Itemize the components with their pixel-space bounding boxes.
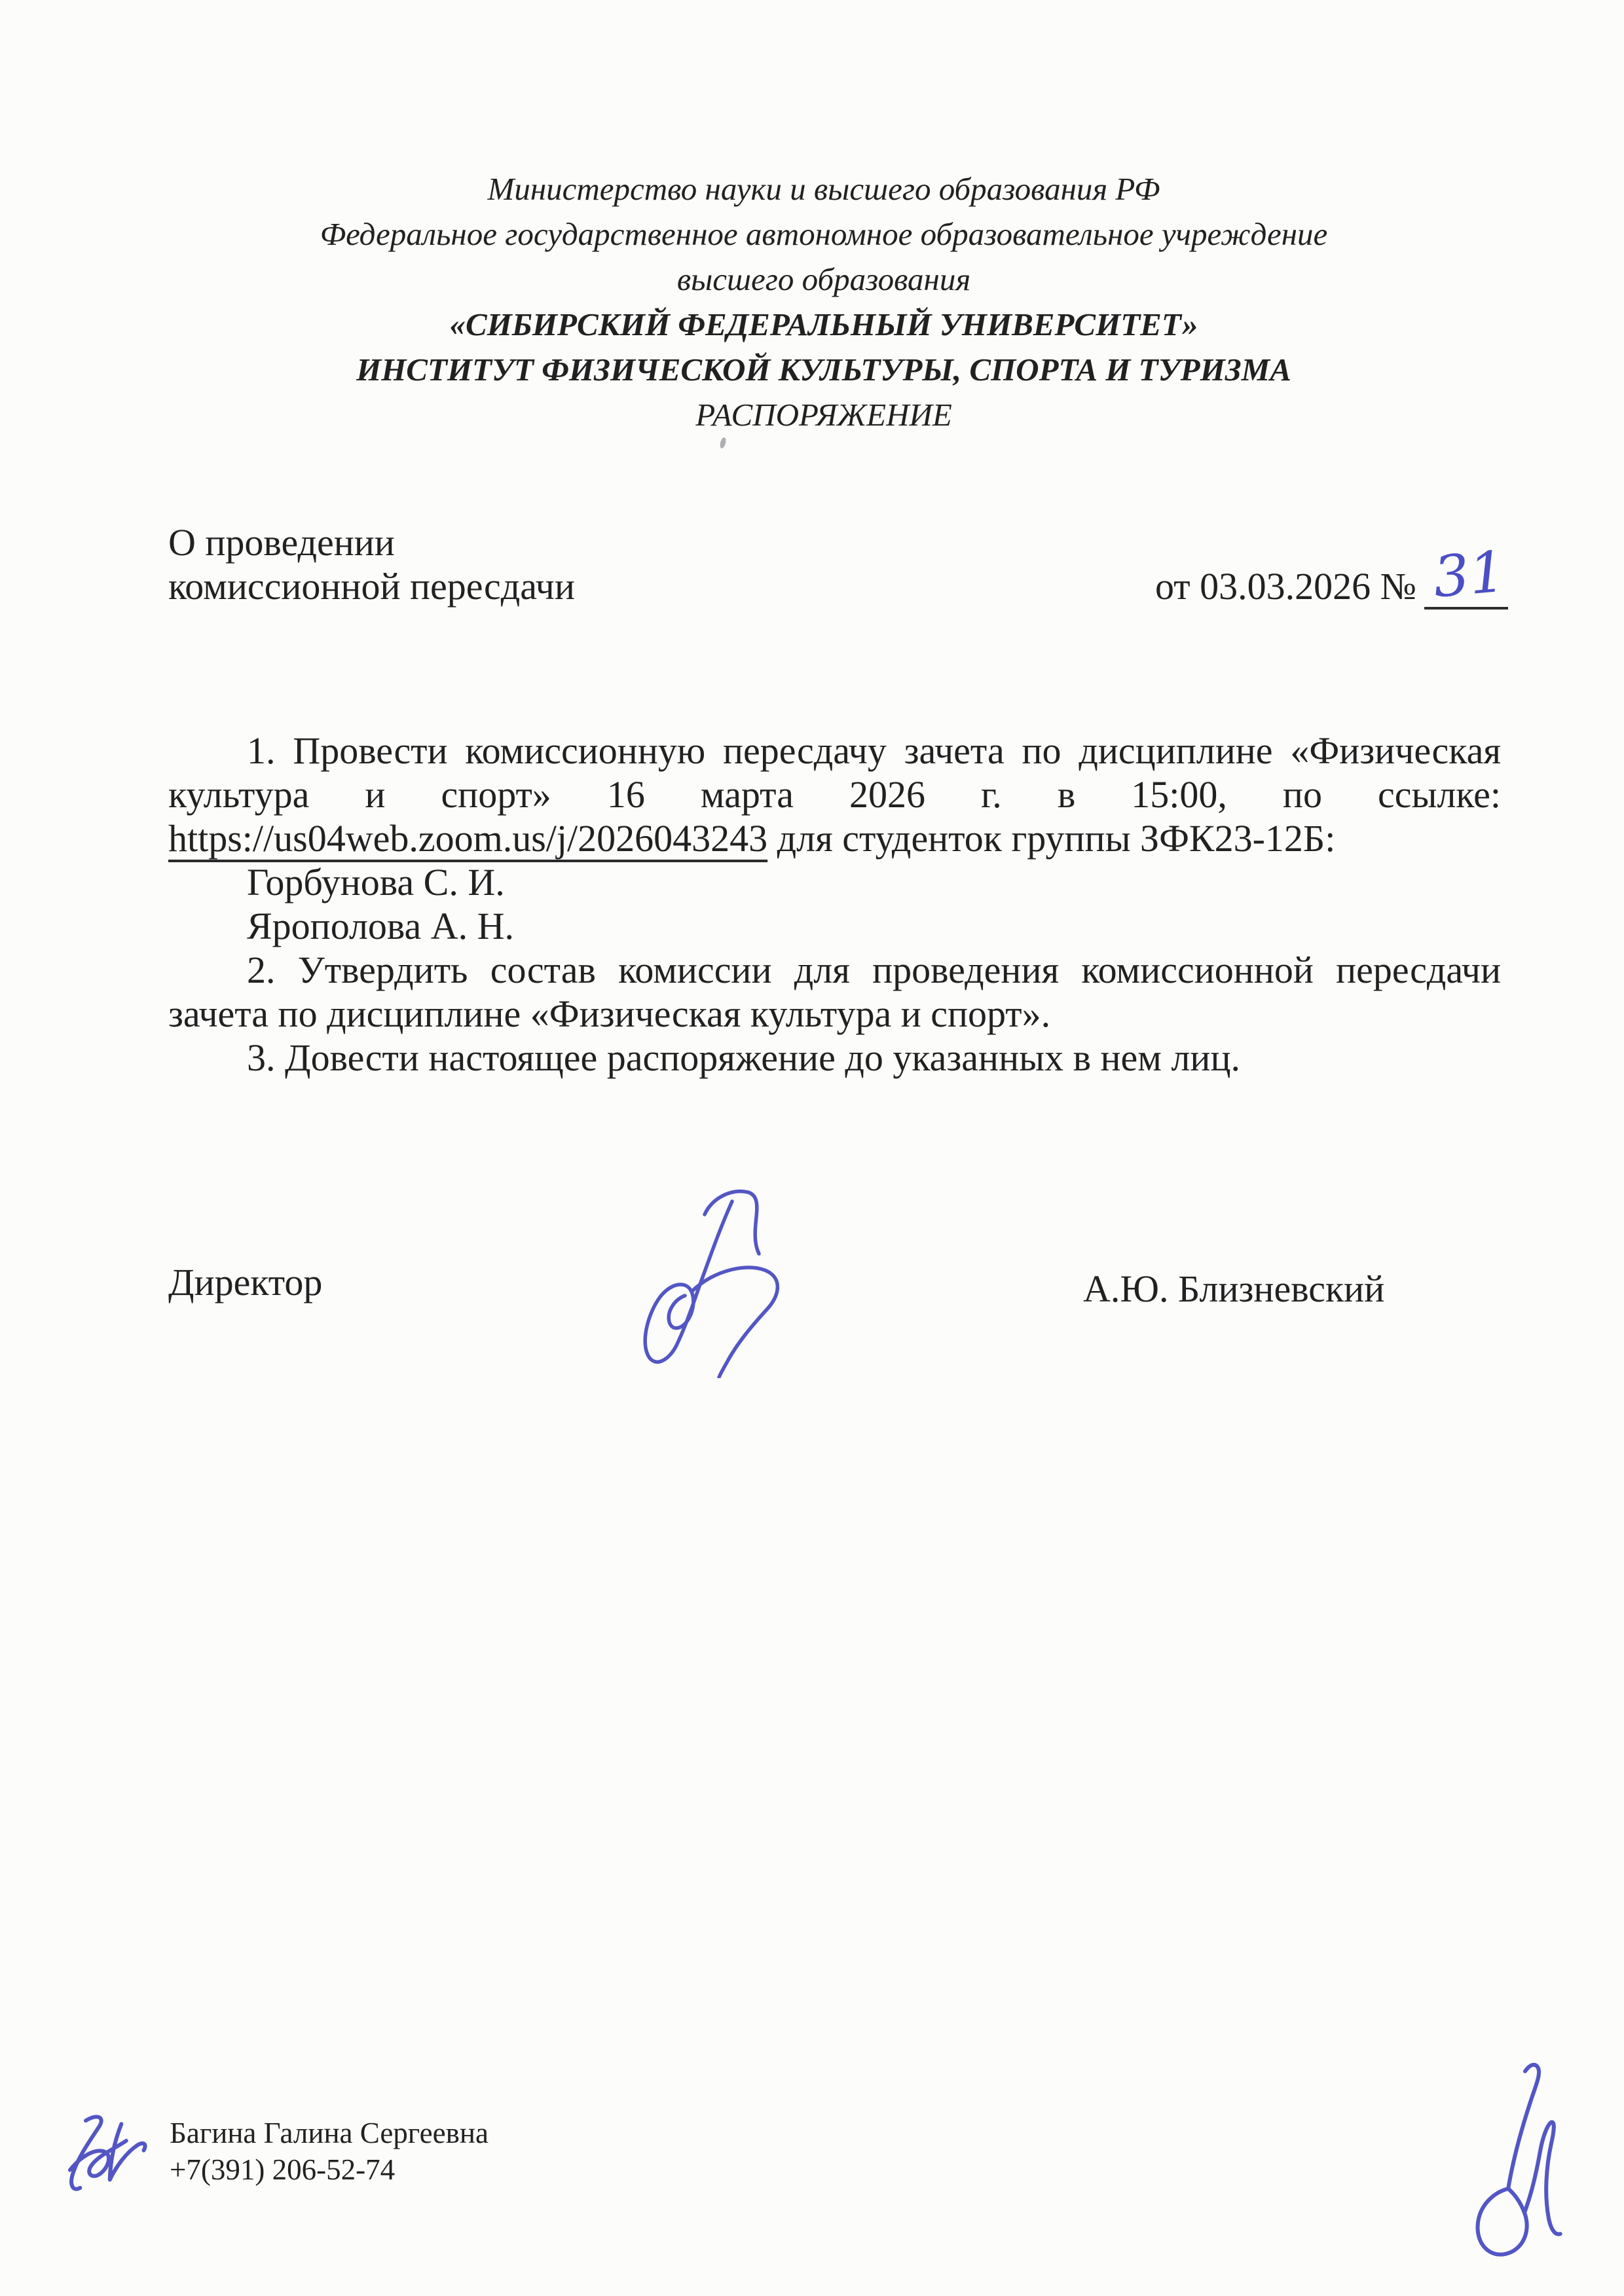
reference-line: от 03.03.2026 №31 xyxy=(1155,564,1508,608)
university-name: «СИБИРСКИЙ ФЕДЕРАЛЬНЫЙ УНИВЕРСИТЕТ» xyxy=(24,302,1624,347)
document-type-title: РАСПОРЯЖЕНИЕ xyxy=(24,392,1624,437)
scanned-directive-document: Министерство науки и высшего образования… xyxy=(0,0,1624,2296)
institution-line: Федеральное государственное автономное о… xyxy=(24,211,1624,257)
education-level-line: высшего образования xyxy=(24,257,1624,302)
body-text: 1. Провести комиссионную пересдачу зачет… xyxy=(168,729,1501,1080)
subject-line-2: комиссионной пересдачи xyxy=(168,564,575,608)
institute-name: ИНСТИТУТ ФИЗИЧЕСКОЙ КУЛЬТУРЫ, СПОРТА И Т… xyxy=(24,347,1624,392)
item2-line2: зачета по дисциплине «Физическая культур… xyxy=(168,992,1501,1036)
subject-line-1: О проведении xyxy=(168,520,575,564)
contact-phone: +7(391) 206-52-74 xyxy=(170,2151,489,2188)
ministry-line: Министерство науки и высшего образования… xyxy=(24,166,1624,211)
student-name-1: Горбунова С. И. xyxy=(168,860,1501,904)
item1-line3: https://us04web.zoom.us/j/2026043243 для… xyxy=(168,816,1501,860)
contact-name: Багина Галина Сергеевна xyxy=(170,2115,489,2151)
clerk-signature-ink xyxy=(47,2109,154,2206)
footer-contact: Багина Галина Сергеевна +7(391) 206-52-7… xyxy=(170,2115,489,2188)
margin-ink-mark xyxy=(1445,2059,1567,2278)
handwritten-document-number: 31 xyxy=(1431,543,1507,606)
item1-line1: 1. Провести комиссионную пересдачу зачет… xyxy=(168,729,1501,773)
zoom-meeting-link: https://us04web.zoom.us/j/2026043243 xyxy=(168,817,767,860)
item2-line1: 2. Утвердить состав комиссии для проведе… xyxy=(168,948,1501,992)
letterhead: Министерство науки и высшего образования… xyxy=(24,166,1624,437)
signer-name: А.Ю. Близневский xyxy=(1083,1267,1384,1311)
date-and-number-label: от 03.03.2026 № xyxy=(1155,565,1416,608)
item3-line: 3. Довести настоящее распоряжение до ука… xyxy=(168,1036,1501,1080)
subject-block: О проведении комиссионной пересдачи xyxy=(168,520,575,608)
item1-line3-rest: для студенток группы ЗФК23-12Б: xyxy=(767,817,1335,860)
position-title: Директор xyxy=(168,1261,322,1303)
signature-row: Директор А.Ю. Близневский xyxy=(168,1260,1624,1304)
scan-speck xyxy=(719,437,727,448)
item1-line2: культура и спорт» 16 марта 2026 г. в 15:… xyxy=(168,773,1501,816)
number-blank-line: 31 xyxy=(1424,607,1508,610)
director-signature-ink xyxy=(622,1187,784,1378)
student-name-2: Ярополова А. Н. xyxy=(168,904,1501,948)
